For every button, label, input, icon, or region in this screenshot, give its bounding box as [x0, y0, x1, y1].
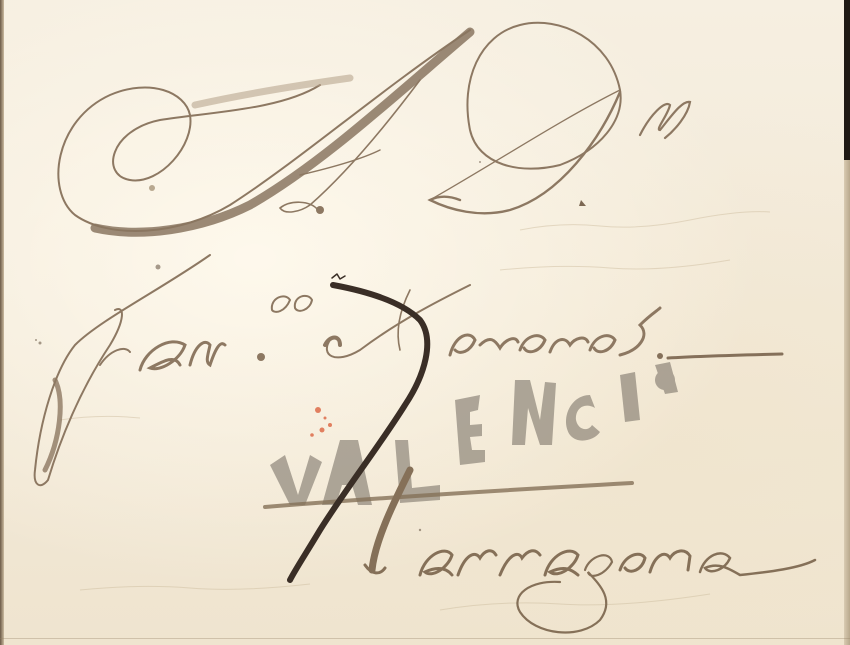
recipient-first-name-glyphs	[35, 255, 312, 485]
recipient-surname-glyphs	[325, 285, 782, 359]
letter-cover: A D.n Fran.co Sotvanas Tarragona VALENCI…	[0, 0, 850, 645]
ink-layer	[0, 0, 850, 645]
salutation-A-glyph	[58, 30, 470, 232]
show-through-writing	[60, 212, 770, 610]
red-ink-stain	[310, 407, 332, 437]
destination-glyphs	[265, 470, 815, 632]
paper-specks	[35, 161, 481, 531]
salutation-D-glyph	[430, 23, 690, 213]
